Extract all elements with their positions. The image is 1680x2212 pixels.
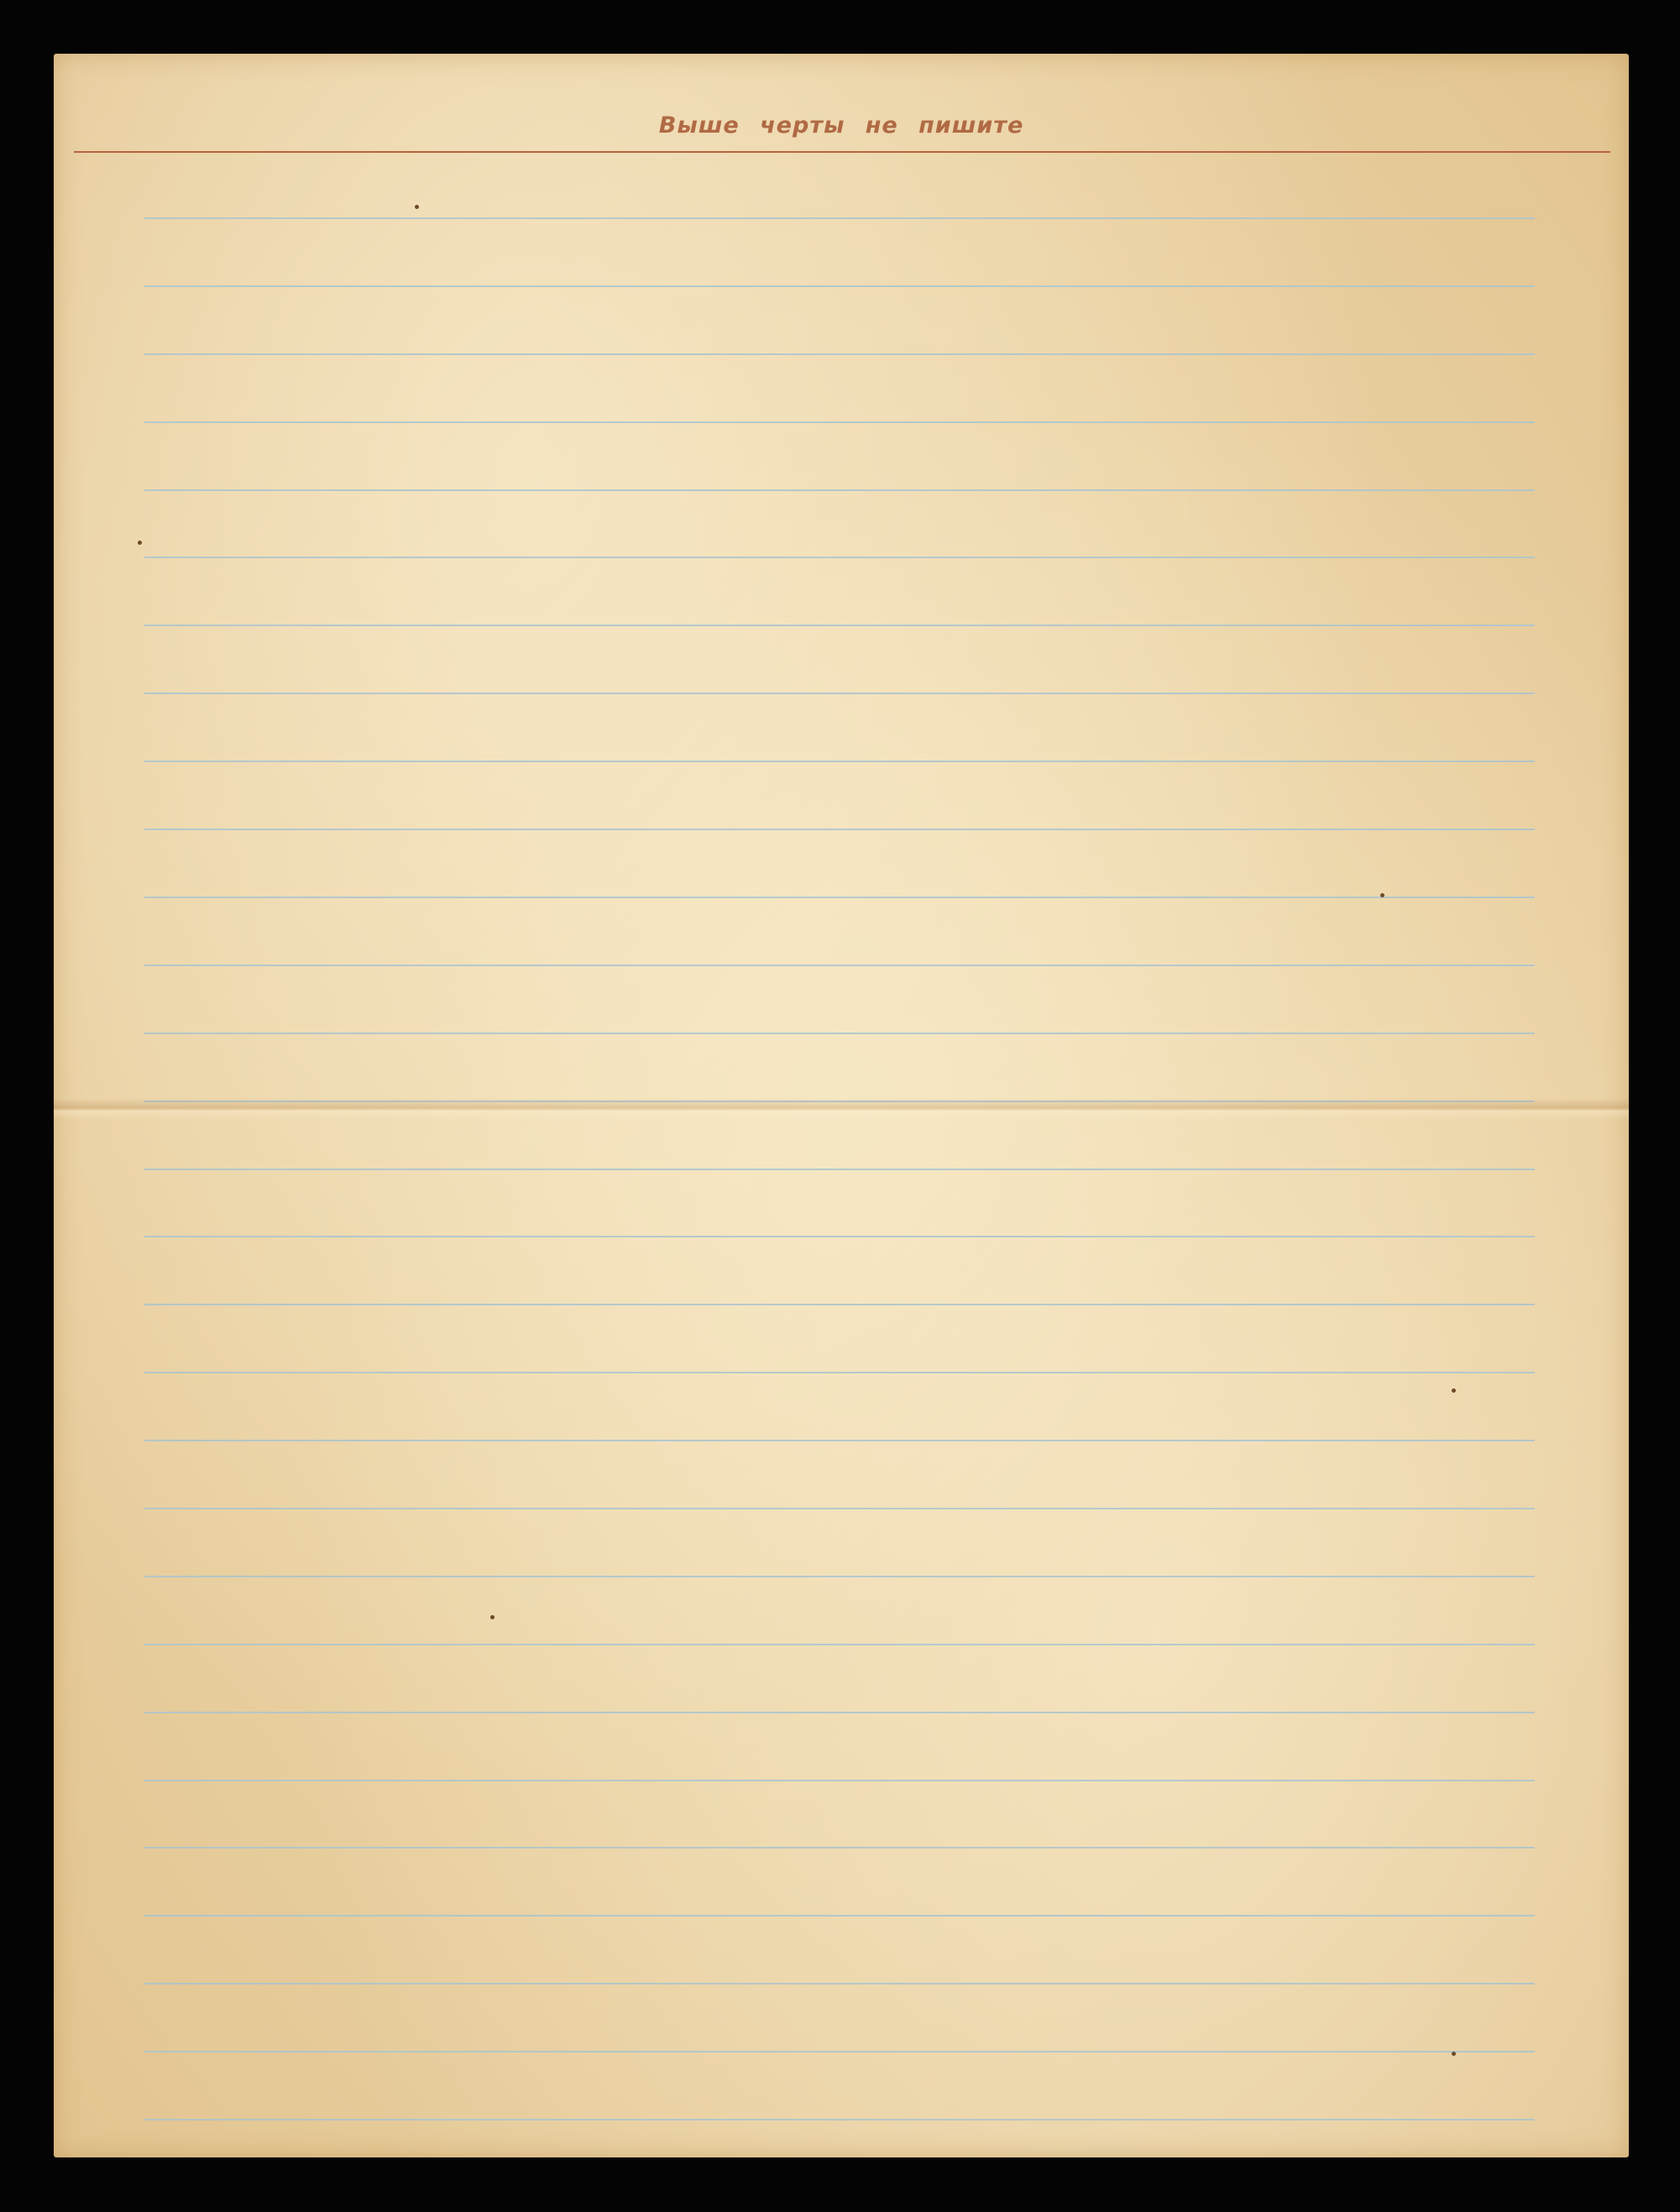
ruled-line xyxy=(144,829,1535,830)
ruled-line xyxy=(144,1033,1535,1034)
letter-sheet: Выше черты не пишите xyxy=(54,54,1629,2157)
ruled-line xyxy=(144,693,1535,694)
ruled-line xyxy=(144,2051,1535,2053)
ruled-line xyxy=(144,1169,1535,1170)
header-rule xyxy=(74,151,1610,153)
ruled-line xyxy=(144,1236,1535,1237)
ruled-line xyxy=(144,353,1535,355)
ruled-line xyxy=(144,897,1535,898)
ruled-line xyxy=(144,489,1535,491)
ruled-line xyxy=(144,1576,1535,1577)
paper-speck xyxy=(1452,1388,1456,1393)
paper-speck xyxy=(490,1615,495,1619)
ruled-line xyxy=(144,1712,1535,1713)
header-notice: Выше черты не пишите xyxy=(54,112,1629,139)
ruled-line xyxy=(144,285,1535,287)
paper-speck xyxy=(1452,2052,1456,2056)
paper-speck xyxy=(415,205,419,209)
paper-speck xyxy=(1380,893,1384,897)
ruled-line xyxy=(144,1304,1535,1305)
ruled-line xyxy=(144,761,1535,762)
ruled-line xyxy=(144,625,1535,626)
ruled-line xyxy=(144,217,1535,219)
ruled-line xyxy=(144,1983,1535,1985)
ruled-line xyxy=(144,1915,1535,1917)
ruled-line xyxy=(144,1440,1535,1441)
ruled-line xyxy=(144,1847,1535,1849)
ruled-line xyxy=(144,1644,1535,1645)
ruled-line xyxy=(144,2119,1535,2120)
paper-speck xyxy=(138,541,142,545)
center-fold xyxy=(54,1098,1629,1120)
ruled-line xyxy=(144,421,1535,423)
ruled-line xyxy=(144,1372,1535,1373)
ruled-line xyxy=(144,1508,1535,1509)
ruled-line xyxy=(144,965,1535,966)
ruled-line xyxy=(144,1780,1535,1781)
ruled-line xyxy=(144,557,1535,558)
